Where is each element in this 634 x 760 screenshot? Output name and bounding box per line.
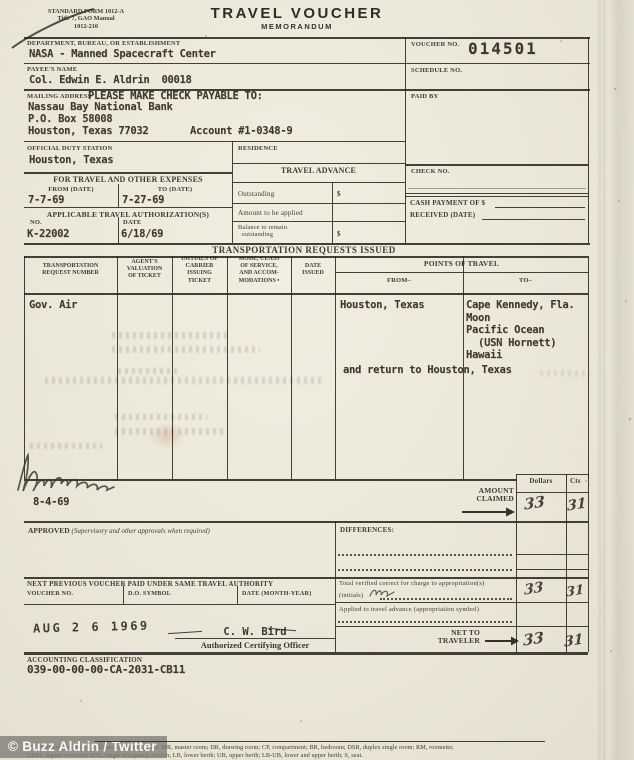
advance-balance-label: Balance to remain outstanding <box>238 224 287 238</box>
divider <box>335 272 588 273</box>
voucher-no-value: 014501 <box>468 39 538 58</box>
advance-outstanding-dollar-sign: $ <box>337 190 341 198</box>
advance-balance-dollar-sign: $ <box>337 230 341 238</box>
form-subtitle: MEMORANDUM <box>177 22 417 31</box>
divider <box>408 188 586 189</box>
divider <box>24 37 590 39</box>
scan-specks <box>614 88 616 90</box>
cash-payment-label: CASH PAYMENT OF $ <box>410 199 485 207</box>
points-from-label: FROM– <box>335 277 463 284</box>
divider <box>232 221 405 222</box>
amount-claimed-label: AMOUNT CLAIMED <box>426 487 514 503</box>
points-to-value: Cape Kennedy, Fla. Moon Pacific Ocean (U… <box>466 299 574 362</box>
divider <box>232 141 233 243</box>
divider <box>405 164 589 166</box>
accounting-value: 039-00-00-00-CA-2031-CB11 <box>27 663 185 676</box>
points-of-travel-header: POINTS OF TRAVEL <box>335 259 588 268</box>
dotted-leader-line <box>338 554 512 556</box>
mailing-pobox: P.O. Box 58008 <box>28 113 112 125</box>
auth-no-label: NO. <box>30 219 42 226</box>
divider <box>24 243 590 245</box>
divider <box>237 586 238 604</box>
arrow-right-icon <box>484 635 520 647</box>
dotted-leader-line <box>380 598 512 600</box>
paid-by-label: PAID BY <box>411 93 438 100</box>
to-date-value: 7-27-69 <box>122 194 164 206</box>
divider <box>24 604 335 605</box>
payee-label: PAYEE'S NAME <box>27 66 77 73</box>
mailing-address-label: MAILING ADDRESS <box>27 93 92 100</box>
duty-station-value: Houston, Texas <box>29 154 113 166</box>
dollars-column-header: Dollars <box>516 477 566 485</box>
return-line-value: and return to Houston, Texas <box>343 364 512 376</box>
arrow-right-icon <box>460 506 516 518</box>
bleedthrough-mark <box>540 370 590 377</box>
divider <box>516 474 588 475</box>
expenses-header: FOR TRAVEL AND OTHER EXPENSES <box>24 175 232 184</box>
date-stamp: AUG 2 6 1969 <box>33 618 150 635</box>
to-date-label: TO (DATE) <box>118 186 232 193</box>
divider <box>588 37 589 243</box>
dotted-leader-line <box>338 569 512 571</box>
divider <box>172 256 173 479</box>
advance-applied-label: Amount to be applied <box>238 209 303 217</box>
department-label: DEPARTMENT, BUREAU, OR ESTABLISHMENT <box>27 40 180 47</box>
divider <box>24 293 588 295</box>
divider <box>232 163 405 164</box>
divider <box>24 577 588 579</box>
divider <box>588 474 589 652</box>
applied-advance-label: Applied to travel advance (appropriation… <box>339 606 479 613</box>
mailing-city: Houston, Texas 77032 <box>28 125 148 137</box>
divider <box>335 626 588 627</box>
travel-auth-header: APPLICABLE TRAVEL AUTHORIZATION(S) <box>24 210 232 219</box>
received-date-label: RECEIVED (DATE) <box>410 211 475 219</box>
certifier-name: C. W. Bird <box>180 626 330 638</box>
approved-row: APPROVED (Supervisory and other approval… <box>28 526 210 535</box>
certifier-title: Authorized Certifying Officer <box>172 640 338 650</box>
divider <box>516 492 588 493</box>
divider <box>175 638 335 639</box>
divider <box>123 586 124 604</box>
col-carrier-initials: INITIALS OF CARRIER ISSUING TICKET <box>172 256 227 285</box>
divider <box>118 217 119 243</box>
divider <box>405 193 589 194</box>
col-mode-class: MODE, CLASS OF SERVICE, AND ACCOM- MODAT… <box>227 256 291 285</box>
approved-label: APPROVED <box>28 526 70 535</box>
payee-value: Col. Edwin E. Aldrin 00018 <box>29 74 192 86</box>
verified-label: Total verified correct for charge to app… <box>339 580 485 587</box>
divider <box>335 256 336 479</box>
divider <box>227 256 228 479</box>
divider <box>24 207 232 208</box>
bleedthrough-mark <box>45 377 323 384</box>
auth-date-label: DATE <box>123 219 141 226</box>
divider <box>24 172 232 174</box>
claimed-dollars-value: 33 <box>524 492 545 513</box>
approved-note: (Supervisory and other approvals when re… <box>72 527 210 535</box>
divider <box>232 182 405 183</box>
divider <box>291 256 292 479</box>
divider <box>405 37 406 243</box>
verified-dollars-value: 33 <box>524 579 544 598</box>
check-no-label: CHECK NO. <box>411 168 450 175</box>
bleedthrough-mark <box>112 346 260 353</box>
form-title: TRAVEL VOUCHER <box>177 5 417 22</box>
bleedthrough-mark <box>118 368 180 374</box>
differences-label: DIFFERENCES: <box>340 526 394 534</box>
pink-stain <box>148 422 186 450</box>
department-value: NASA - Manned Spacecraft Center <box>29 48 216 60</box>
np-date-label: DATE (MONTH-YEAR) <box>242 590 311 597</box>
divider <box>566 474 567 652</box>
from-date-label: FROM (DATE) <box>24 186 118 193</box>
duty-station-label: OFFICIAL DUTY STATION <box>27 145 112 152</box>
col-date-issued: DATE ISSUED <box>291 263 335 277</box>
np-do-symbol-label: D.O. SYMBOL <box>128 590 171 597</box>
divider <box>332 182 333 243</box>
bleedthrough-mark <box>115 414 207 420</box>
net-dollars-value: 33 <box>523 628 544 649</box>
divider <box>495 207 585 208</box>
np-voucher-no-label: VOUCHER NO. <box>27 590 73 597</box>
divider <box>95 741 545 742</box>
divider <box>482 219 585 220</box>
divider <box>24 63 590 64</box>
auth-date-value: 6/18/69 <box>121 228 163 240</box>
transport-table-title: TRANSPORTATION REQUESTS ISSUED <box>154 245 454 255</box>
divider <box>588 256 589 479</box>
divider <box>24 141 405 142</box>
verified-cents-value: 31 <box>566 583 584 601</box>
points-from-value: Houston, Texas <box>340 299 424 311</box>
image-credit: © Buzz Aldrin / Twitter <box>0 736 167 758</box>
net-to-traveler-label: NET TO TRAVELER <box>420 629 480 645</box>
col-agent-valuation: AGENT'S VALUATION OF TICKET <box>117 259 172 281</box>
bleedthrough-mark <box>112 332 230 339</box>
scanned-travel-voucher: STANDARD FORM 1012-A Title 7, GAO Manual… <box>0 0 634 760</box>
divider <box>24 521 588 523</box>
divider <box>24 652 588 655</box>
schedule-no-label: SCHEDULE NO. <box>411 67 462 74</box>
request-number-value: Gov. Air <box>29 299 77 311</box>
divider <box>335 602 588 603</box>
divider <box>516 554 588 555</box>
divider <box>405 196 589 197</box>
divider <box>516 569 588 570</box>
residence-label: RESIDENCE <box>238 145 278 152</box>
advance-outstanding-label: Outstanding <box>238 190 274 198</box>
auth-no-value: K-22002 <box>27 228 69 240</box>
paper-crease <box>604 0 605 760</box>
divider <box>335 521 336 652</box>
divider <box>516 474 517 652</box>
points-to-label: TO– <box>463 277 588 284</box>
divider <box>118 184 119 207</box>
from-date-value: 7-7-69 <box>28 194 64 206</box>
mailing-account: Account #1-0348-9 <box>190 125 292 137</box>
col-request-number: TRANSPORTATION REQUEST NUMBER <box>24 263 117 277</box>
traveler-signature <box>10 446 132 498</box>
initials-label: (initials) <box>339 592 363 599</box>
dotted-leader-line <box>338 621 512 623</box>
voucher-no-label: VOUCHER NO. <box>411 41 459 48</box>
divider <box>24 89 590 91</box>
travel-advance-header: TRAVEL ADVANCE <box>232 166 405 175</box>
divider <box>232 203 405 204</box>
cents-column-header: Cts <box>570 477 581 485</box>
mailing-bank: Nassau Bay National Bank <box>28 101 173 113</box>
claimed-cents-value: 31 <box>567 495 587 514</box>
divider <box>24 256 588 258</box>
